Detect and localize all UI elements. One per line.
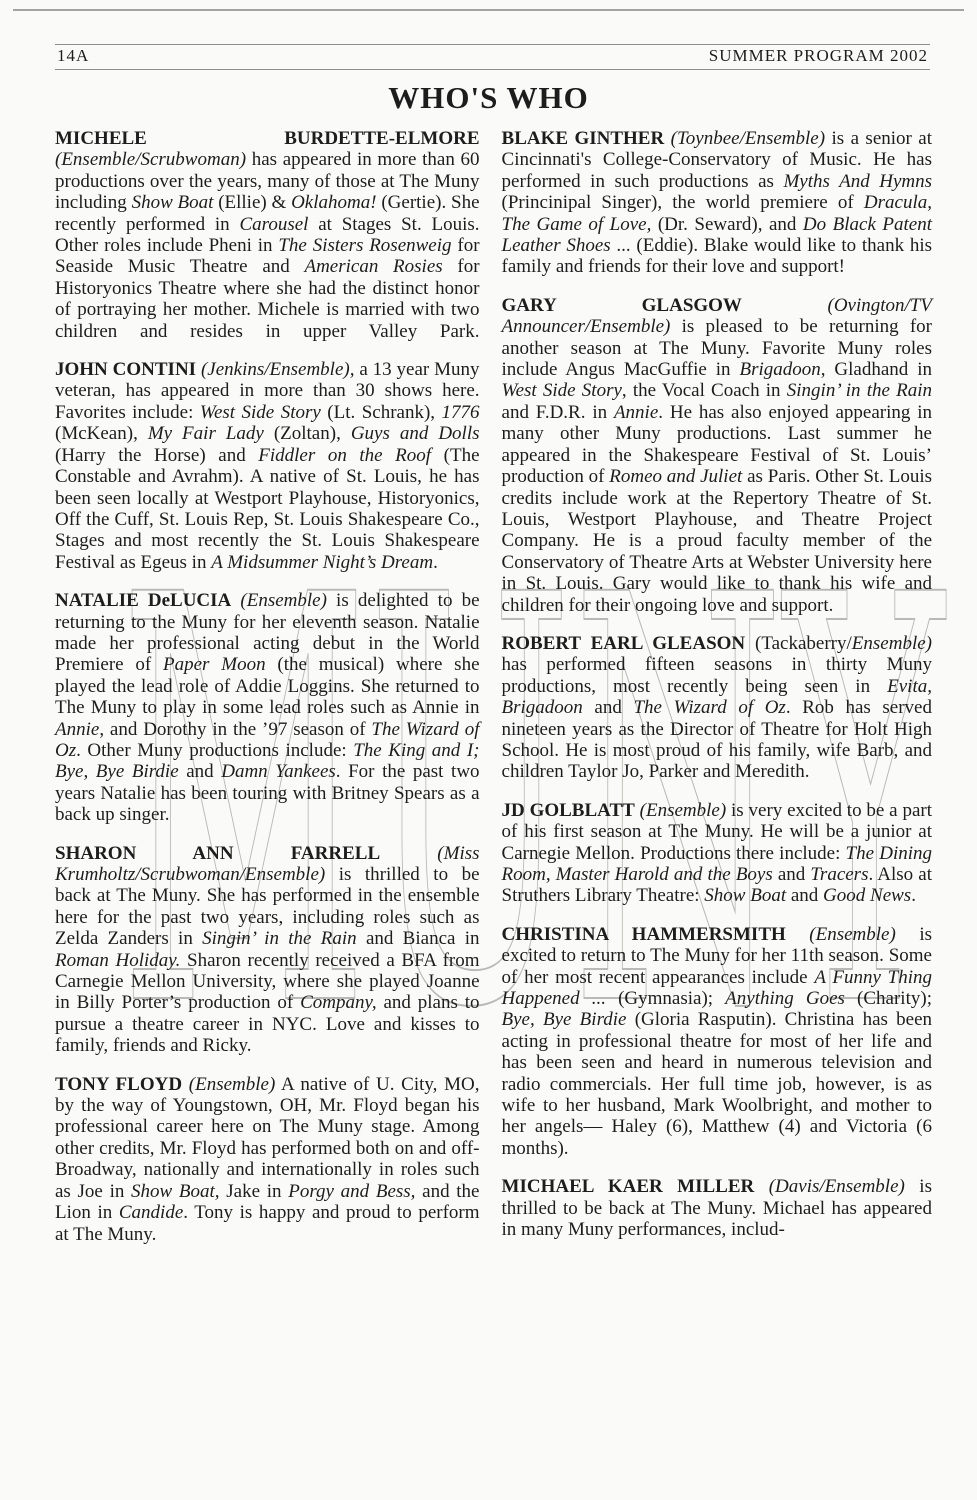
bio-text-italic: Myths And Hymns <box>783 171 932 192</box>
bio-text-italic: Company, <box>300 992 377 1013</box>
bio-text-italic: (Ensemble) <box>635 800 726 821</box>
left-column: MICHELE BURDETTE-ELMORE (Ensemble/Scrub­… <box>55 128 480 1262</box>
bio-text-italic: En­semble) <box>852 633 932 654</box>
bio-name: SHARON ANN FARRELL <box>55 843 380 864</box>
page-number: 14A <box>57 46 89 66</box>
bio-text-italic: Good News <box>823 885 911 906</box>
bio-text: (Gloria Rasputin). Christina has been ac… <box>502 1009 932 1158</box>
bio-entry: CHRISTINA HAMMERSMITH (Ensemble) is exci… <box>502 924 932 1159</box>
bio-text: and <box>773 864 811 885</box>
bio-text: Jake in <box>220 1181 289 1202</box>
bio-name: BLAKE GINTHER <box>502 128 665 149</box>
bio-text-italic: Singin’ in the Rain <box>202 928 357 949</box>
bio-text: , and Dorothy in the ’97 season of <box>99 719 371 740</box>
bio-text: (Tackaberry/ <box>745 633 852 654</box>
bio-entry: SHARON ANN FARRELL (Miss Krumholtz/Scrub… <box>55 843 480 1057</box>
bio-text: and <box>179 761 222 782</box>
bio-text: (Lt. Schrank), <box>321 402 442 423</box>
bio-text-italic: The Sisters Rosenweig <box>278 235 451 256</box>
bio-text-italic: (Ensemble) <box>786 924 896 945</box>
bio-text: . <box>433 552 438 573</box>
bio-text: (Dr. Seward), and <box>651 214 803 235</box>
bio-text: has performed fifteen seasons in thirty … <box>502 654 932 696</box>
bio-entry: NATALIE DeLUCIA (Ensemble) is delighted … <box>55 590 480 825</box>
bio-text-italic: Damn Yankees <box>221 761 336 782</box>
bio-text: (Charity); <box>845 988 932 1009</box>
bio-text-italic: Bye, Bye Birdie <box>502 1009 627 1030</box>
bio-text-italic: Tracers <box>810 864 868 885</box>
page-title: WHO'S WHO <box>0 80 977 116</box>
bio-text-italic: My Fair Lady <box>148 423 264 444</box>
bio-entry: GARY GLASGOW (Ovington/TV Announcer/Ense… <box>502 295 932 616</box>
bio-text: and <box>786 885 823 906</box>
bio-text-italic: Show Boat, <box>131 1181 220 1202</box>
bio-name: JOHN CONTINI <box>55 359 196 380</box>
bio-text: as Paris. Other St. Louis credits includ… <box>502 466 932 615</box>
bio-text: . Other Muny pro­ductions include: <box>76 740 353 761</box>
bio-text: , Gladhand in <box>821 359 932 380</box>
bio-text: and Bianca in <box>357 928 480 949</box>
bio-text: , the Vocal Coach in <box>622 380 787 401</box>
bio-text: (Ellie) & <box>213 192 291 213</box>
bio-entry: BLAKE GINTHER (Toynbee/Ensemble) is a se… <box>502 128 932 278</box>
scan-top-line <box>13 9 964 11</box>
bio-text-italic: (Davis/Ensemble) <box>754 1176 905 1197</box>
bio-name: MICHAEL KAER MILLER <box>502 1176 755 1197</box>
bio-text-italic: Paper Moon <box>163 654 266 675</box>
bio-columns: MICHELE BURDETTE-ELMORE (Ensemble/Scrub­… <box>55 128 932 1262</box>
bio-text-italic: Singin’ in the Rain <box>787 380 932 401</box>
bio-text-italic: (Toynbee/Ensemble) <box>664 128 825 149</box>
bio-text-italic: West Side Story <box>200 402 321 423</box>
bio-text: . <box>911 885 916 906</box>
bio-text-italic: The Wizard of Oz <box>633 697 785 718</box>
bio-name: JD GOLBLATT <box>502 800 635 821</box>
bio-text-italic: (Ensemble) <box>231 590 327 611</box>
bio-text: and <box>583 697 634 718</box>
bio-text-italic: Romeo and Juliet <box>609 466 742 487</box>
bio-entry: MICHELE BURDETTE-ELMORE (Ensemble/Scrub­… <box>55 128 480 342</box>
bio-text: (Harry the Horse) and <box>55 445 258 466</box>
bio-name: ROBERT EARL GLEASON <box>502 633 746 654</box>
bio-text-italic: Guys and Dolls <box>351 423 480 444</box>
page-header: 14A SUMMER PROGRAM 2002 <box>55 44 930 70</box>
bio-text-italic: (Ensemble/Scrub­woman) <box>55 149 252 170</box>
bio-text-italic: Oklahoma! <box>291 192 376 213</box>
bio-text-italic: West Side Story <box>502 380 622 401</box>
bio-name: TONY FLOYD <box>55 1074 182 1095</box>
bio-name: GARY GLASGOW <box>502 295 742 316</box>
bio-entry: MICHAEL KAER MILLER (Davis/Ensemble) is … <box>502 1176 932 1240</box>
bio-text-italic: Annie <box>614 402 658 423</box>
bio-text-italic: Anything Goes <box>725 988 845 1009</box>
bio-text: (Princinipal Singer), the world pre­mier… <box>502 192 864 213</box>
bio-name: MICHELE BURDETTE-ELMORE <box>55 128 480 149</box>
bio-text-italic: (Ensemble) <box>182 1074 275 1095</box>
bio-entry: TONY FLOYD (Ensemble) A native of U. Cit… <box>55 1074 480 1245</box>
bio-entry: JOHN CONTINI (Jenkins/Ensemble), a 13 ye… <box>55 359 480 573</box>
bio-text: (Zoltan), <box>264 423 351 444</box>
bio-name: CHRISTINA HAMMERSMITH <box>502 924 786 945</box>
bio-text-italic: 1776 <box>442 402 480 423</box>
bio-text-italic: A Midsummer Night’s Dream <box>211 552 433 573</box>
bio-text-italic: Candide <box>119 1202 183 1223</box>
bio-text: (McKean), <box>55 423 148 444</box>
bio-entry: ROBERT EARL GLEASON (Tackaberry/En­sembl… <box>502 633 932 783</box>
bio-text-italic: Porgy and Bess, <box>288 1181 415 1202</box>
bio-text-italic: Show Boat <box>132 192 214 213</box>
bio-text-italic: Show Boat <box>704 885 786 906</box>
bio-text-italic: (Jenkins/Ensemble), <box>196 359 354 380</box>
header-right-text: SUMMER PROGRAM 2002 <box>709 46 928 66</box>
bio-entry: JD GOLBLATT (Ensemble) is very excited t… <box>502 800 932 907</box>
bio-text-italic: Brigadoon <box>739 359 820 380</box>
bio-text: (Gymnasia); <box>606 988 725 1009</box>
bio-text-italic: Carousel <box>239 214 308 235</box>
bio-text-italic: Annie <box>55 719 99 740</box>
program-page: 14A SUMMER PROGRAM 2002 WHO'S WHO MUNY M… <box>0 0 977 1500</box>
bio-text-italic: American Rosies <box>304 256 442 277</box>
bio-name: NATALIE DeLUCIA <box>55 590 231 611</box>
right-column: BLAKE GINTHER (Toynbee/Ensemble) is a se… <box>502 128 932 1262</box>
bio-text: and F.D.R. in <box>502 402 614 423</box>
bio-text-italic: Roman Holiday. <box>55 950 180 971</box>
bio-text-italic: Fiddler on the Roof <box>258 445 431 466</box>
